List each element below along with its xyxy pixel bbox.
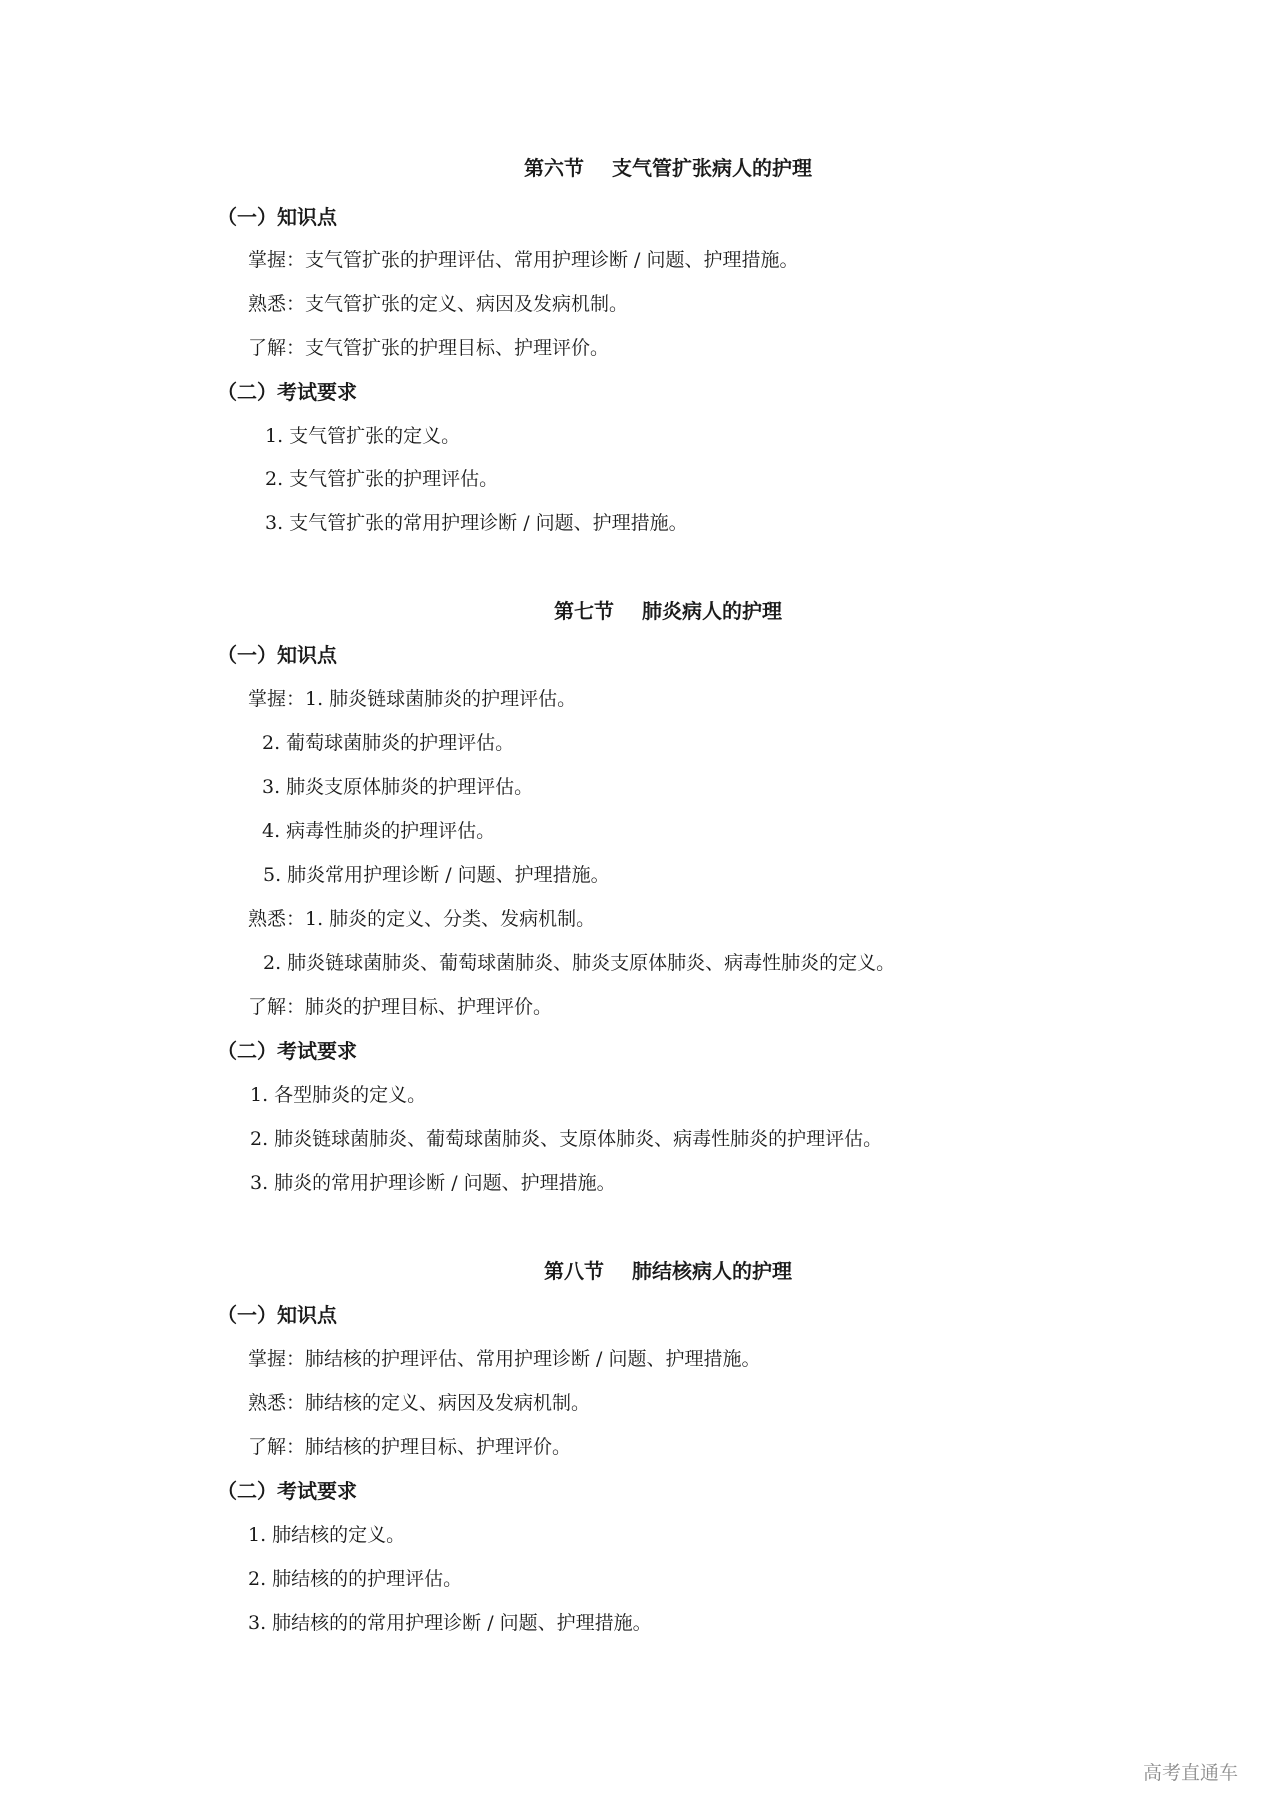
section-7-familiar: 熟悉：1. 肺炎的定义、分类、发病机制。 xyxy=(248,907,595,931)
section-6-master: 掌握：支气管扩张的护理评估、常用护理诊断 / 问题、护理措施。 xyxy=(248,248,798,272)
section-6-title: 第六节支气管扩张病人的护理 xyxy=(0,156,1280,180)
section-7-title: 第七节肺炎病人的护理 xyxy=(0,599,1280,623)
section-6-understand: 了解：支气管扩张的护理目标、护理评价。 xyxy=(248,336,609,360)
section-7-master-item: 4. 病毒性肺炎的护理评估。 xyxy=(262,819,495,843)
section-7-master-item: 2. 葡萄球菌肺炎的护理评估。 xyxy=(262,731,514,755)
section-7-understand: 了解：肺炎的护理目标、护理评价。 xyxy=(248,995,552,1019)
section-8-exam-item: 1. 肺结核的定义。 xyxy=(248,1523,405,1547)
section-number: 第七节 xyxy=(554,599,614,623)
section-7-familiar-item: 2. 肺炎链球菌肺炎、葡萄球菌肺炎、肺炎支原体肺炎、病毒性肺炎的定义。 xyxy=(263,951,895,975)
section-8-exam-heading: （二）考试要求 xyxy=(217,1479,357,1503)
section-7-exam-item: 3. 肺炎的常用护理诊断 / 问题、护理措施。 xyxy=(250,1171,616,1195)
section-number: 第八节 xyxy=(544,1259,604,1283)
section-7-knowledge-heading: （一）知识点 xyxy=(217,643,337,667)
section-title-text: 肺结核病人的护理 xyxy=(632,1259,792,1283)
section-8-title: 第八节肺结核病人的护理 xyxy=(0,1259,1280,1283)
section-8-exam-item: 3. 肺结核的的常用护理诊断 / 问题、护理措施。 xyxy=(248,1611,652,1635)
section-6-exam-item: 3. 支气管扩张的常用护理诊断 / 问题、护理措施。 xyxy=(265,511,688,535)
section-7-master: 掌握：1. 肺炎链球菌肺炎的护理评估。 xyxy=(248,687,576,711)
section-8-familiar: 熟悉：肺结核的定义、病因及发病机制。 xyxy=(248,1391,590,1415)
section-title-text: 肺炎病人的护理 xyxy=(642,599,782,623)
section-8-master: 掌握：肺结核的护理评估、常用护理诊断 / 问题、护理措施。 xyxy=(248,1347,760,1371)
section-7-master-item: 5. 肺炎常用护理诊断 / 问题、护理措施。 xyxy=(263,863,610,887)
section-7-exam-heading: （二）考试要求 xyxy=(217,1039,357,1063)
watermark: 高考直通车 xyxy=(1143,1758,1238,1785)
section-7-exam-item: 2. 肺炎链球菌肺炎、葡萄球菌肺炎、支原体肺炎、病毒性肺炎的护理评估。 xyxy=(250,1127,882,1151)
section-6-exam-item: 2. 支气管扩张的护理评估。 xyxy=(265,467,498,491)
section-7-exam-item: 1. 各型肺炎的定义。 xyxy=(250,1083,426,1107)
section-8-understand: 了解：肺结核的护理目标、护理评价。 xyxy=(248,1435,571,1459)
section-6-knowledge-heading: （一）知识点 xyxy=(217,205,337,229)
section-8-knowledge-heading: （一）知识点 xyxy=(217,1303,337,1327)
section-7-master-item: 3. 肺炎支原体肺炎的护理评估。 xyxy=(262,775,533,799)
section-title-text: 支气管扩张病人的护理 xyxy=(612,156,812,180)
section-6-familiar: 熟悉：支气管扩张的定义、病因及发病机制。 xyxy=(248,292,628,316)
section-6-exam-item: 1. 支气管扩张的定义。 xyxy=(265,424,460,448)
section-number: 第六节 xyxy=(524,156,584,180)
section-6-exam-heading: （二）考试要求 xyxy=(217,380,357,404)
section-8-exam-item: 2. 肺结核的的护理评估。 xyxy=(248,1567,462,1591)
